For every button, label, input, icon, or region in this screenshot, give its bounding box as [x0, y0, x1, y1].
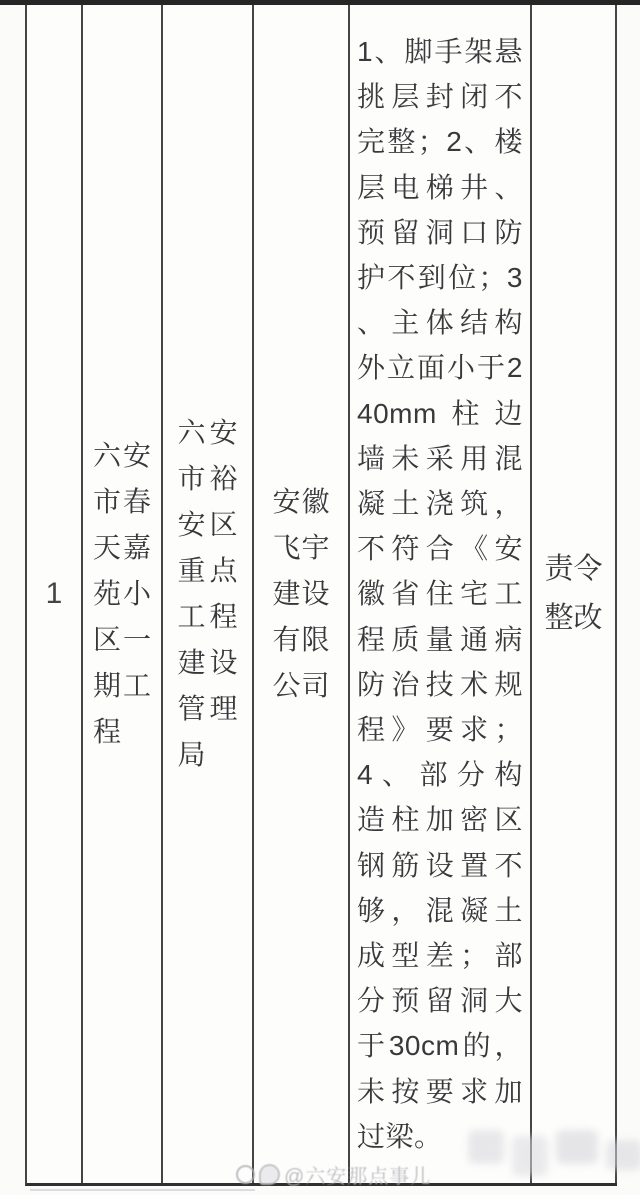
project-name-line: 市春	[93, 479, 151, 525]
cell-serial-number: 1	[27, 5, 83, 1183]
project-name-line: 苑小	[93, 571, 151, 617]
circle-logo-icon	[236, 1165, 255, 1184]
issues-text-line: 预留洞口防	[357, 210, 523, 255]
construction-unit-line: 安徽	[273, 479, 330, 525]
issues-text: 1、脚手架悬挑层封闭不完整；2、楼层电梯井、预留洞口防护不到位；3、主体结构外立…	[357, 29, 523, 1159]
supervising-unit-line: 工程	[178, 594, 238, 640]
stamp-blob	[512, 1136, 548, 1176]
issues-text-line: 未按要求加	[357, 1069, 523, 1114]
supervising-unit: 六安市裕安区重点工程建设管理局	[178, 410, 238, 778]
construction-unit-line: 飞宇	[273, 525, 330, 571]
supervising-unit-line: 管理	[178, 686, 238, 732]
construction-unit-line: 公司	[273, 663, 330, 709]
supervising-unit-line: 六安	[178, 410, 238, 456]
issues-text-line: 钢筋设置不	[357, 843, 523, 888]
project-name-line: 期工	[93, 663, 151, 709]
construction-unit: 安徽飞宇建设有限公司	[273, 479, 330, 709]
cell-construction-unit: 安徽飞宇建设有限公司	[254, 5, 350, 1183]
issues-text-line: 1、脚手架悬	[357, 29, 523, 74]
watermark-text: @六安那点事儿	[284, 1160, 431, 1189]
action-taken-line: 整改	[545, 594, 603, 643]
issues-text-line: 墙未采用混	[357, 436, 523, 481]
border-shadow-line	[30, 1189, 255, 1191]
stamp-blob	[468, 1130, 504, 1164]
document-photo-page: 1 六安市春天嘉苑小区一期工程 六安市裕安区重点工程建设管理局 安徽飞宇建设有限…	[0, 0, 640, 1195]
construction-unit-line: 有限	[273, 617, 330, 663]
supervising-unit-line: 局	[178, 732, 238, 778]
issues-text-line: 挑层封闭不	[357, 74, 523, 119]
cell-issues-found: 1、脚手架悬挑层封闭不完整；2、楼层电梯井、预留洞口防护不到位；3、主体结构外立…	[350, 5, 532, 1183]
issues-text-line: 层电梯井、	[357, 165, 523, 210]
issues-text-line: 凝土浇筑，	[357, 481, 523, 526]
action-taken: 责令整改	[545, 545, 603, 643]
project-name-line: 程	[93, 709, 151, 755]
issues-text-line: 完整；2、楼	[357, 119, 523, 164]
stamp-blob	[606, 1140, 640, 1170]
issues-text-line: 程质量通病	[357, 617, 523, 662]
project-name-line: 天嘉	[93, 525, 151, 571]
issues-text-line: 成型差；部	[357, 933, 523, 978]
issues-text-line: 够，混凝土	[357, 888, 523, 933]
cell-project-name: 六安市春天嘉苑小区一期工程	[83, 5, 163, 1183]
issues-text-line: 造柱加密区	[357, 797, 523, 842]
stamp-blob	[556, 1130, 598, 1164]
inspection-table-row: 1 六安市春天嘉苑小区一期工程 六安市裕安区重点工程建设管理局 安徽飞宇建设有限…	[25, 5, 617, 1186]
cell-action-taken: 责令整改	[532, 5, 617, 1183]
issues-text-line: 防治技术规	[357, 662, 523, 707]
issues-text-line: 外立面小于2	[357, 345, 523, 390]
cell-supervising-unit: 六安市裕安区重点工程建设管理局	[163, 5, 254, 1183]
project-name: 六安市春天嘉苑小区一期工程	[93, 433, 151, 755]
serial-number: 1	[46, 577, 63, 611]
action-taken-line: 责令	[545, 545, 603, 594]
issues-text-line: 分预留洞大	[357, 978, 523, 1023]
issues-text-line: 程》要求；	[357, 707, 523, 752]
issues-text-line: 护不到位；3	[357, 255, 523, 300]
issues-text-line: 不符合《安	[357, 526, 523, 571]
project-name-line: 六安	[93, 433, 151, 479]
supervising-unit-line: 建设	[178, 640, 238, 686]
supervising-unit-line: 市裕	[178, 456, 238, 502]
project-name-line: 区一	[93, 617, 151, 663]
supervising-unit-line: 安区	[178, 502, 238, 548]
issues-text-line: 、主体结构	[357, 300, 523, 345]
issues-text-line: 40mm柱边	[357, 391, 523, 436]
construction-unit-line: 建设	[273, 571, 330, 617]
issues-text-line: 4、部分构	[357, 752, 523, 797]
issues-text-line: 于30cm的，	[357, 1023, 523, 1068]
supervising-unit-line: 重点	[178, 548, 238, 594]
blurred-stamp-watermark	[468, 1130, 640, 1176]
watermark-small: @六安那点事儿	[236, 1160, 431, 1189]
flower-logo-icon	[259, 1164, 280, 1185]
issues-text-line: 徽省住宅工	[357, 571, 523, 616]
